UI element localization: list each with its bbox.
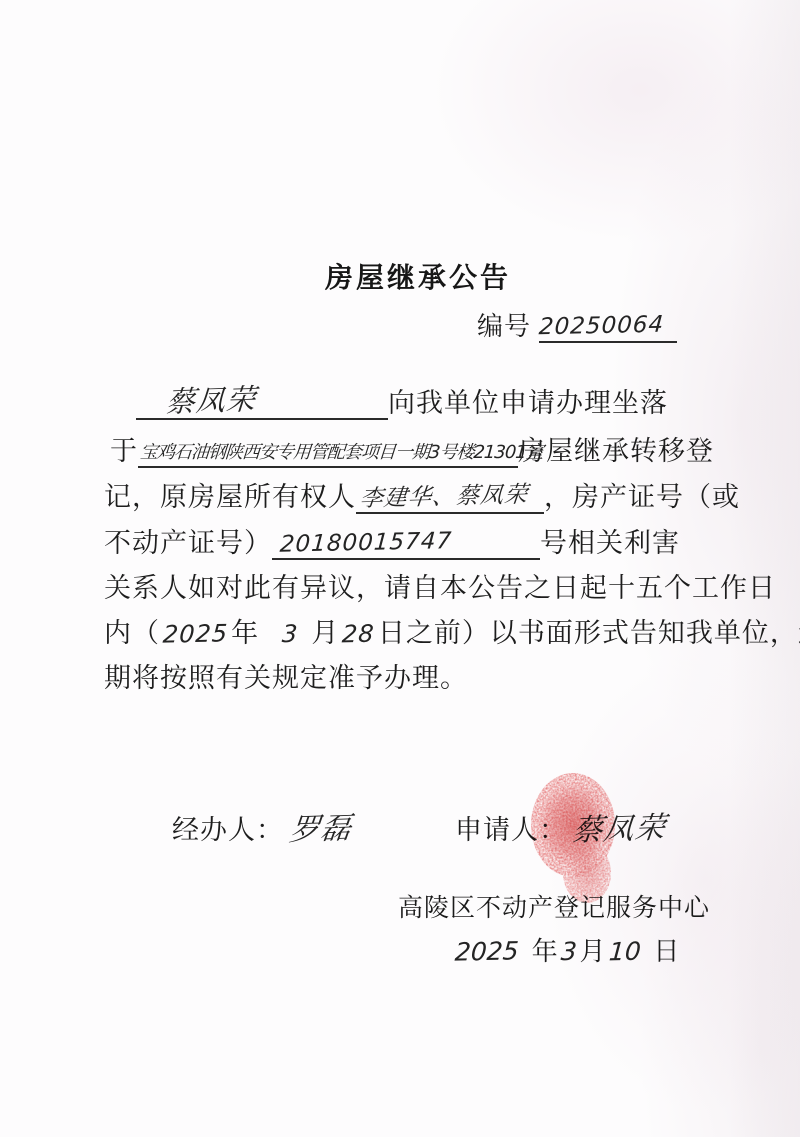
- certificate-number-handwritten: 20180015747: [271, 524, 454, 562]
- body-line-4-suffix: 号相关利害: [540, 528, 680, 558]
- handler-signature-row: 经办人：罗磊: [172, 804, 352, 848]
- issue-month-label: 月: [580, 936, 606, 966]
- body-line-4-prefix: 不动产证号）: [104, 528, 272, 558]
- notice-number-line: 编号 20250064: [477, 306, 677, 343]
- notice-number-label: 编号: [477, 311, 531, 341]
- month-unit-label: 月: [311, 618, 339, 648]
- deadline-year-handwritten: 2025: [162, 619, 229, 648]
- body-line-4: 不动产证号）20180015747号相关利害: [104, 521, 680, 560]
- body-line-5: 关系人如对此有异议，请自本公告之日起十五个工作日: [104, 566, 776, 605]
- body-line-7: 期将按照有关规定准予办理。: [104, 656, 468, 695]
- scanned-notice-page: 房屋继承公告 编号 20250064 蔡凤荣向我单位申请办理坐落 于宝鸡石油钢陕…: [0, 0, 800, 1137]
- property-address-handwritten: 宝鸡石油钢陕西安专用管配套项目一期3号楼21301室: [137, 436, 544, 470]
- handler-signature-handwritten: 罗磊: [288, 803, 355, 849]
- body-line-1: 蔡凤荣向我单位申请办理坐落: [104, 381, 668, 420]
- body-line-3: 记，原房屋所有权人李建华、蔡凤荣，房产证号（或: [104, 475, 740, 514]
- issuing-org: 高陵区不动产登记服务中心: [398, 888, 710, 924]
- original-owners-blank: 李建华、蔡凤荣: [356, 478, 544, 514]
- applicant-label: 申请人：: [455, 815, 567, 845]
- year-unit-label: 年: [231, 618, 259, 648]
- body-line-2-prefix: 于: [110, 436, 138, 466]
- body-line-2-suffix: 房屋继承转移登: [518, 436, 714, 466]
- issue-day-label: 日: [653, 936, 679, 966]
- issue-year-handwritten: 2025: [454, 936, 520, 966]
- notice-number-value: 20250064: [538, 308, 666, 345]
- body-line-6-suffix: 日之前）以书面形式告知我单位，逾: [378, 618, 800, 648]
- applicant-signature-row: 申请人：蔡凤荣: [455, 804, 666, 848]
- body-line-6-prefix: 内（: [104, 618, 160, 648]
- deadline-month-handwritten: 3: [281, 620, 299, 648]
- body-line-5-text: 关系人如对此有异议，请自本公告之日起十五个工作日: [104, 573, 776, 603]
- body-line-6: 内（2025年3月28日之前）以书面形式告知我单位，逾: [104, 611, 800, 650]
- body-line-3-suffix: ，房产证号（或: [544, 482, 740, 512]
- body-line-1-text: 向我单位申请办理坐落: [388, 388, 668, 418]
- issue-date-line: 2025年3月10日: [452, 931, 679, 968]
- deadline-day-handwritten: 28: [341, 620, 375, 649]
- issue-day-handwritten: 10: [608, 937, 642, 967]
- handler-label: 经办人：: [172, 815, 284, 845]
- body-line-3-prefix: 记，原房屋所有权人: [104, 482, 356, 512]
- notice-number-blank: 20250064: [539, 307, 677, 343]
- certificate-number-blank: 20180015747: [272, 524, 540, 560]
- body-line-7-text: 期将按照有关规定准予办理。: [104, 663, 468, 693]
- issue-year-label: 年: [532, 936, 558, 966]
- issue-month-handwritten: 3: [560, 937, 578, 966]
- property-address-blank: 宝鸡石油钢陕西安专用管配套项目一期3号楼21301室: [138, 432, 518, 468]
- body-line-2: 于宝鸡石油钢陕西安专用管配套项目一期3号楼21301室房屋继承转移登: [110, 429, 714, 468]
- applicant-name-handwritten: 蔡凤荣: [135, 382, 258, 420]
- original-owners-handwritten: 李建华、蔡凤荣: [354, 478, 530, 516]
- applicant-signature-handwritten: 蔡凤荣: [570, 802, 668, 849]
- applicant-name-blank: 蔡凤荣: [136, 384, 388, 420]
- document-title: 房屋继承公告: [325, 256, 511, 296]
